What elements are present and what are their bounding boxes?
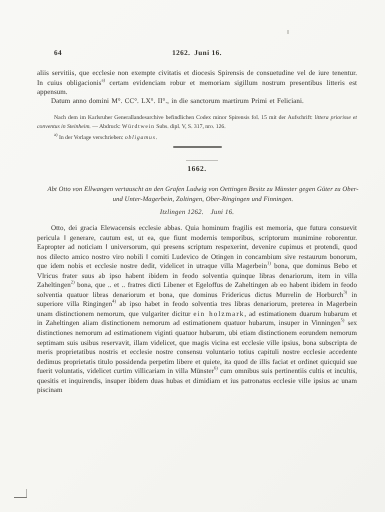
- corner-scan-artifact: [14, 489, 30, 499]
- entry-divider-rule-faint: [186, 160, 218, 161]
- source-note-text-3: Subs. dipl. V, S. 317, nro. 126.: [155, 124, 226, 130]
- entry-dateline: Itzlingen 1262. Juni 16.: [37, 209, 357, 216]
- vernacular-term: ein holzmark: [193, 310, 244, 318]
- entry-regest: Abt Otto von Ellwangen vertauscht an den…: [37, 185, 369, 205]
- charter-body-text: Otto, dei gracia Elewacensis ecclesie ab…: [37, 224, 357, 396]
- entry-number: 1662.: [37, 164, 357, 173]
- running-head-date: 1262. Juni 16.: [37, 49, 357, 57]
- page-header: 64 1262. Juni 16.: [37, 49, 357, 59]
- source-note-text-1: Nach dem im Karlsruher Generallandesarch…: [54, 115, 315, 121]
- source-note-editor-name: Würdtwein: [122, 124, 155, 130]
- source-note-text-2: — Abdruck:: [91, 124, 122, 130]
- note-a-text: In der Vorlage verschrieben:: [58, 135, 125, 141]
- entry-divider-rule: [173, 146, 222, 148]
- source-footnote: Nach dem im Karlsruher Generallandesarch…: [37, 114, 357, 132]
- scanned-book-page: 64 1262. Juni 16. aliis servitiis, que e…: [0, 0, 385, 512]
- note-a-corrected-word: obligamus.: [125, 135, 158, 141]
- charter-text-3: bona, que .. et .. fratres dicti Libener…: [37, 281, 357, 299]
- textual-note-a: a) In der Vorlage verschrieben: obligamu…: [37, 134, 357, 143]
- previous-entry-closing-paragraph: aliis servitiis, que ecclesie non exempt…: [37, 69, 357, 98]
- scan-speck: [287, 30, 289, 34]
- corner-artifact-vertical: [26, 489, 27, 498]
- previous-entry-datum-line: Datum anno domini M°. CC°. LX°. II°., in…: [37, 97, 357, 107]
